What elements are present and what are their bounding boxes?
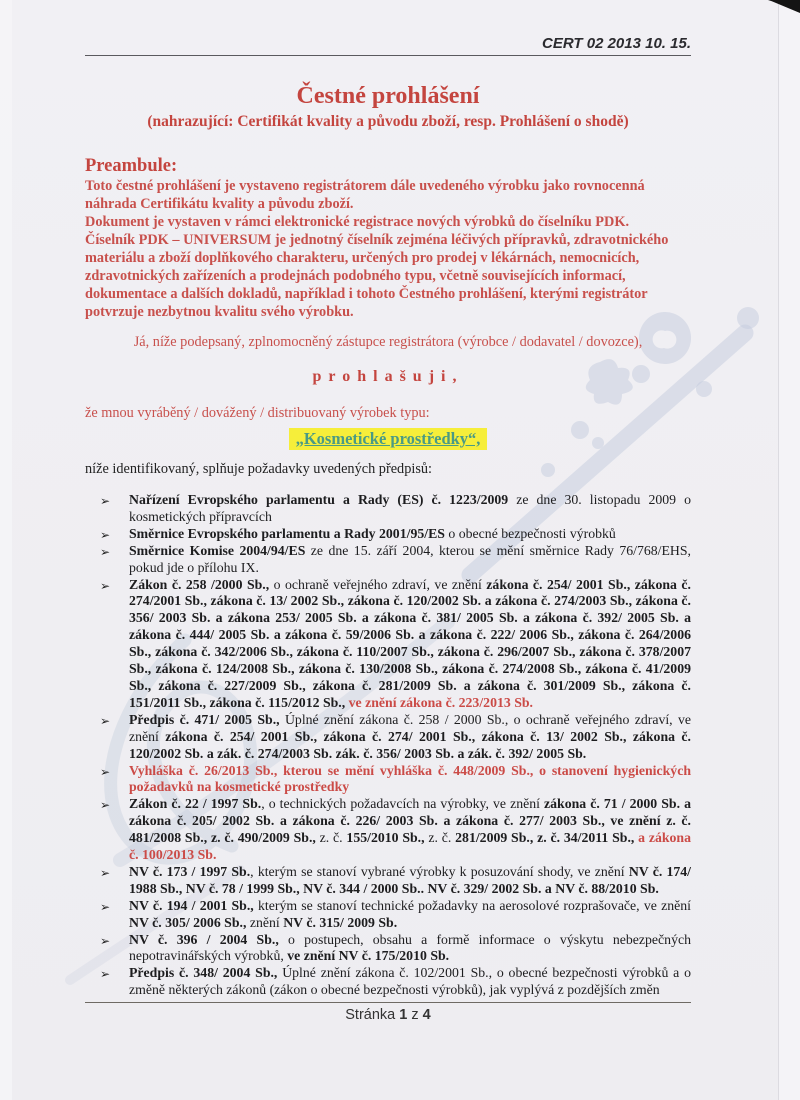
- document-title: Čestné prohlášení: [85, 83, 691, 110]
- text-run: NV č. 315/ 2009 Sb.: [283, 915, 397, 930]
- text-run: Zákon č. 22 / 1997 Sb.: [129, 796, 261, 811]
- document-code: CERT 02 2013 10. 15.: [85, 35, 691, 56]
- scan-right-edge: [778, 0, 800, 1100]
- arrow-bullet-icon: ➢: [100, 544, 110, 561]
- arrow-bullet-icon: ➢: [100, 966, 110, 983]
- preamble-heading: Preambule:: [85, 156, 691, 177]
- text-run: zákona č. 254/ 2001 Sb., zákona č. 274/ …: [129, 729, 691, 761]
- text-run: , kterým se stanoví vybrané výrobky k po…: [250, 864, 629, 879]
- arrow-bullet-icon: ➢: [100, 797, 110, 814]
- regulation-item: ➢Nařízení Evropského parlamentu a Rady (…: [85, 492, 691, 526]
- preamble-paragraph: Toto čestné prohlášení je vystaveno regi…: [85, 177, 691, 213]
- product-type-line: „Kosmetické prostředky“,: [85, 429, 691, 449]
- regulation-item: ➢Vyhláška č. 26/2013 Sb., kterou se mění…: [85, 763, 691, 797]
- text-run: ve znění NV č. 175/2010 Sb.: [287, 948, 449, 963]
- text-run: Směrnice Evropského parlamentu a Rady 20…: [129, 526, 445, 541]
- arrow-bullet-icon: ➢: [100, 899, 110, 916]
- regulation-item: ➢NV č. 173 / 1997 Sb., kterým se stanoví…: [85, 864, 691, 898]
- regulation-list: ➢Nařízení Evropského parlamentu a Rady (…: [85, 492, 691, 999]
- product-type-intro: že mnou vyráběný / dovážený / distribuov…: [85, 405, 691, 422]
- arrow-bullet-icon: ➢: [100, 713, 110, 730]
- text-run: Předpis č. 348/ 2004 Sb.,: [129, 965, 277, 980]
- text-run: NV č. 305/ 2006 Sb.,: [129, 915, 246, 930]
- regulation-item: ➢Předpis č. 471/ 2005 Sb., Úplné znění z…: [85, 712, 691, 763]
- text-run: Nařízení Evropského parlamentu a Rady (E…: [129, 492, 508, 507]
- regulation-item: ➢Směrnice Evropského parlamentu a Rady 2…: [85, 526, 691, 543]
- text-run: znění: [246, 915, 283, 930]
- page-number-label: Stránka 1 z 4: [345, 1007, 430, 1023]
- text-run: Zákon č. 258 /2000 Sb.,: [129, 577, 269, 592]
- text-run: o obecné bezpečnosti výrobků: [445, 526, 616, 541]
- regulation-item: ➢Zákon č. 258 /2000 Sb., o ochraně veřej…: [85, 577, 691, 712]
- document-subtitle: (nahrazující: Certifikát kvality a původ…: [85, 113, 691, 131]
- arrow-bullet-icon: ➢: [100, 933, 110, 950]
- regulation-item: ➢Zákon č. 22 / 1997 Sb., o technických p…: [85, 796, 691, 864]
- scan-left-edge: [0, 0, 12, 1100]
- text-run: 281/2009 Sb., z. č. 34/2011 Sb.,: [455, 830, 638, 845]
- product-type-highlight: „Kosmetické prostředky“,: [289, 428, 488, 450]
- arrow-bullet-icon: ➢: [100, 764, 110, 781]
- text-run: NV č. 194 / 2001 Sb.,: [129, 898, 254, 913]
- text-run: z: [407, 1007, 422, 1023]
- text-run: NV č. 396 / 2004 Sb.,: [129, 932, 279, 947]
- text-run: , o technických požadavcích na výrobky, …: [261, 796, 544, 811]
- preamble-paragraph: Dokument je vystaven v rámci elektronick…: [85, 213, 691, 231]
- document-body: CERT 02 2013 10. 15. Čestné prohlášení (…: [85, 28, 691, 1023]
- text-run: z. č.: [425, 830, 456, 845]
- requirements-intro: níže identifikovaný, splňuje požadavky u…: [85, 461, 691, 478]
- text-run: 4: [423, 1007, 431, 1023]
- text-run: Stránka: [345, 1007, 399, 1023]
- arrow-bullet-icon: ➢: [100, 865, 110, 882]
- scanned-page: CERT 02 2013 10. 15. Čestné prohlášení (…: [0, 0, 800, 1100]
- page-footer: Stránka 1 z 4: [85, 1002, 691, 1023]
- arrow-bullet-icon: ➢: [100, 493, 110, 510]
- declaration-verb: prohlašuji,: [85, 368, 691, 386]
- text-run: ve znění zákona č. 223/2013 Sb.: [349, 695, 533, 710]
- text-run: zákona č. 254/ 2001 Sb., zákona č. 274/2…: [129, 577, 691, 710]
- text-run: Předpis č. 471/ 2005 Sb.,: [129, 712, 280, 727]
- regulation-item: ➢NV č. 396 / 2004 Sb., o postupech, obsa…: [85, 932, 691, 966]
- text-run: 155/2010 Sb.,: [346, 830, 424, 845]
- text-run: Vyhláška č. 26/2013 Sb., kterou se mění …: [129, 763, 691, 795]
- text-run: z. č.: [316, 830, 347, 845]
- text-run: NV č. 173 / 1997 Sb.: [129, 864, 250, 879]
- preamble-paragraph: Číselník PDK – UNIVERSUM je jednotný čís…: [85, 231, 691, 321]
- text-run: Směrnice Komise 2004/94/ES: [129, 543, 305, 558]
- declaration-intro: Já, níže podepsaný, zplnomocněný zástupc…: [85, 334, 691, 351]
- text-run: o ochraně veřejného zdraví, ve znění: [269, 577, 486, 592]
- regulation-item: ➢NV č. 194 / 2001 Sb., kterým se stanoví…: [85, 898, 691, 932]
- regulation-item: ➢Předpis č. 348/ 2004 Sb., Úplné znění z…: [85, 965, 691, 999]
- preamble-text: Toto čestné prohlášení je vystaveno regi…: [85, 177, 691, 321]
- arrow-bullet-icon: ➢: [100, 578, 110, 595]
- regulation-item: ➢Směrnice Komise 2004/94/ES ze dne 15. z…: [85, 543, 691, 577]
- text-run: kterým se stanoví technické požadavky na…: [254, 898, 691, 913]
- arrow-bullet-icon: ➢: [100, 527, 110, 544]
